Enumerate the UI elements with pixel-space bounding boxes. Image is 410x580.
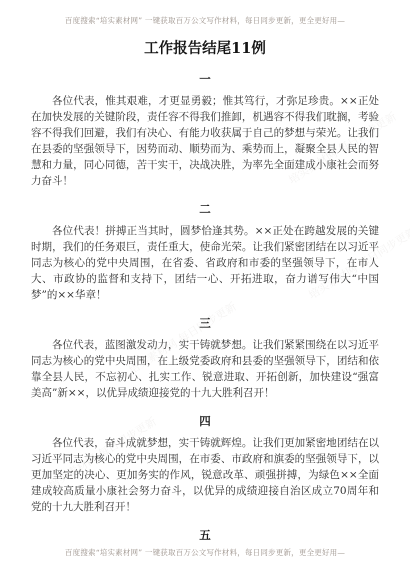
section-4-number: 四 — [31, 414, 379, 429]
section-3-paragraph: 各位代表，蓝图激发动力，实干铸就梦想。让我们紧紧围绕在以习近平同志为核心的党中央… — [31, 337, 379, 401]
section-2-number: 二 — [31, 202, 379, 217]
section-2-paragraph: 各位代表！拼搏正当其时，圆梦恰逢其势。××正处在跨越发展的关键时期，我们的任务艰… — [31, 223, 379, 303]
section-1-paragraph: 各位代表，惟其艰难，才更显勇毅；惟其笃行，才弥足珍贵。××正处在加快发展的关键阶… — [31, 93, 379, 189]
header-promo-note: 百度搜索“培实素材网” 一键获取百万公文写作材料，每日同步更新，更全更好用— — [31, 15, 379, 26]
document-title: 工作报告结尾11例 — [31, 39, 379, 59]
footer-promo-note: 百度搜索“培实素材网” 一键获取百万公文写作材料，每日同步更新，更全更好用— — [0, 547, 410, 558]
section-1-number: 一 — [31, 72, 379, 87]
document-page: 百度搜索“培实素材网” 一键获取百万公文写作材料，每日同步更新，更全更好用— 工… — [0, 0, 410, 580]
section-3-number: 三 — [31, 316, 379, 331]
section-5-number: 五 — [31, 528, 379, 543]
section-4-paragraph: 各位代表，奋斗成就梦想，实干铸就辉煌。让我们更加紧密地团结在以习近平同志为核心的… — [31, 435, 379, 515]
